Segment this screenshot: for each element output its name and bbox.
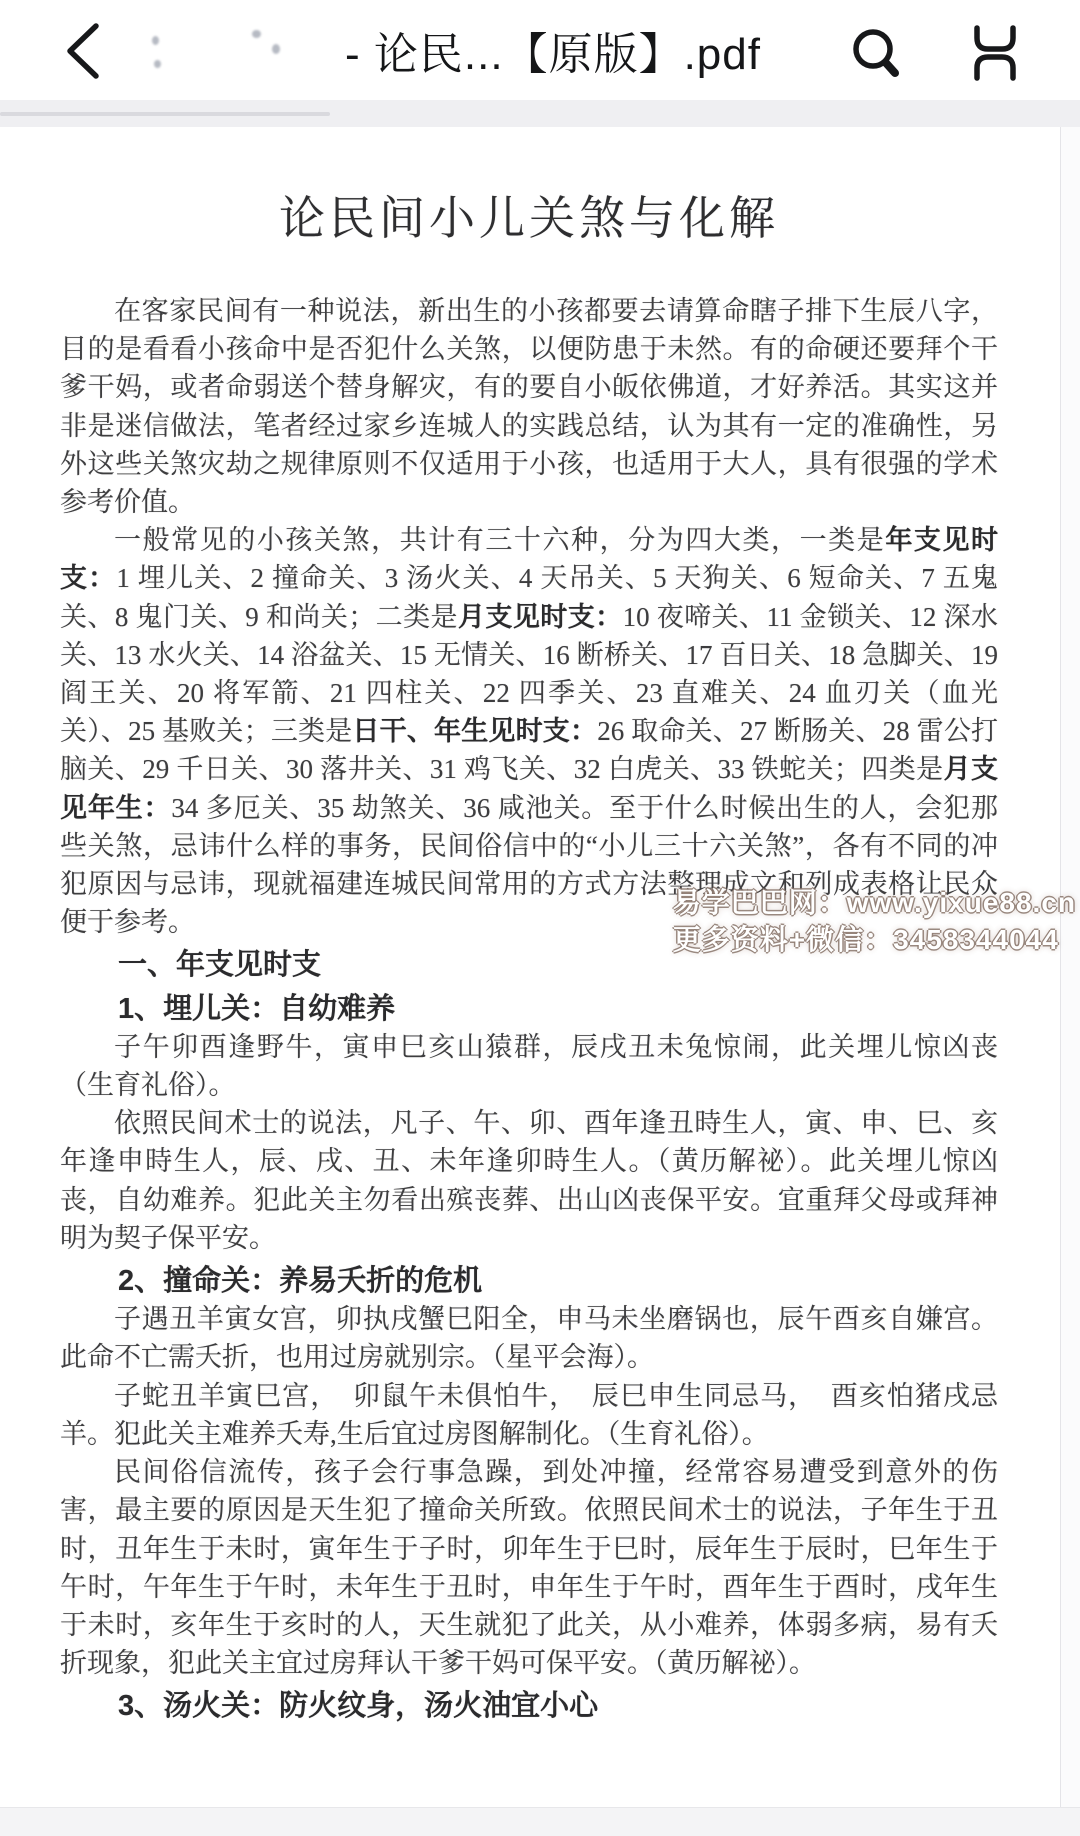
document-title: 论民间小儿关煞与化解: [60, 191, 998, 247]
navbar: - 论民...【原版】.pdf: [0, 0, 1080, 100]
tools-button[interactable]: [964, 24, 1026, 82]
doc-paragraph: 依照民间术士的说法，凡子、午、卯、酉年逢丑時生人，寅、申、巳、亥年逢申時生人，辰…: [60, 1104, 998, 1257]
section-heading: 1、埋儿关：自幼难养: [60, 990, 998, 1028]
text-run: 2、撞命关：养易夭折的危机: [118, 1265, 482, 1297]
text-run: 民间俗信流传，孩子会行事急躁，到处冲撞，经常容易遭受到意外的伤害，最主要的原因是…: [60, 1457, 998, 1678]
page-bottom-gap: [0, 1807, 1080, 1836]
progress-bar: [0, 112, 330, 116]
text-run: 一般常见的小孩关煞，共计有三十六种，分为四大类，一类是: [114, 525, 885, 555]
bold-run: 月支见时支：: [458, 602, 623, 632]
text-run: 子午卯酉逢野牛，寅申巳亥山猿群，辰戌丑未兔惊闹，此关埋儿惊凶丧（生育礼俗）。: [60, 1032, 998, 1100]
doc-paragraph: 在客家民间有一种说法，新出生的小孩都要去请算命瞎子排下生辰八字，目的是看看小孩命…: [60, 292, 998, 521]
watermark-line2: 更多资料+微信：3458344044: [673, 921, 1076, 958]
document-viewport[interactable]: 论民间小儿关煞与化解 在客家民间有一种说法，新出生的小孩都要去请算命瞎子排下生辰…: [0, 127, 1080, 1808]
doc-paragraph: 子遇丑羊寅女宫，卯执戌蟹巳阳全，申马未坐磨锅也，辰午酉亥自嫌宫。此命不亡需夭折，…: [60, 1300, 998, 1376]
text-run: 1、埋儿关：自幼难养: [118, 993, 395, 1025]
text-run: 子遇丑羊寅女宫，卯执戌蟹巳阳全，申马未坐磨锅也，辰午酉亥自嫌宫。此命不亡需夭折，…: [60, 1304, 998, 1372]
text-run: 依照民间术士的说法，凡子、午、卯、酉年逢丑時生人，寅、申、巳、亥年逢申時生人，辰…: [60, 1108, 998, 1253]
document-page: 论民间小儿关煞与化解 在客家民间有一种说法，新出生的小孩都要去请算命瞎子排下生辰…: [0, 127, 1061, 1808]
file-title-area: - 论民...【原版】.pdf: [0, 0, 1080, 100]
hourglass-icon: [964, 24, 1026, 82]
text-run: 子蛇丑羊寅巳宫， 卯鼠午未俱怕牛， 辰巳申生同忌马， 酉亥怕猪戌忌羊。犯此关主难…: [60, 1381, 998, 1449]
pdf-viewer-screen: - 论民...【原版】.pdf 论民间小儿关煞与化解 在客家民间有一种说法，新出…: [0, 0, 1080, 1836]
bold-run: 日干、年生见时支：: [352, 716, 597, 746]
section-heading: 3、汤火关：防火纹身，汤火油宜小心: [60, 1687, 998, 1725]
document-body: 在客家民间有一种说法，新出生的小孩都要去请算命瞎子排下生辰八字，目的是看看小孩命…: [60, 292, 998, 1726]
doc-paragraph: 一般常见的小孩关煞，共计有三十六种，分为四大类，一类是年支见时支：1 埋儿关、2…: [60, 521, 998, 941]
text-run: 3、汤火关：防火纹身，汤火油宜小心: [118, 1690, 598, 1722]
doc-paragraph: 子午卯酉逢野牛，寅申巳亥山猿群，辰戌丑未兔惊闹，此关埋儿惊凶丧（生育礼俗）。: [60, 1028, 998, 1104]
watermark-line1: 易学巴巴网：www.yixue88.cn: [673, 884, 1076, 921]
watermark: 易学巴巴网：www.yixue88.cn 更多资料+微信：3458344044: [673, 884, 1076, 958]
search-button[interactable]: [848, 24, 906, 82]
text-run: 一、年支见时支: [118, 949, 321, 981]
text-run: 在客家民间有一种说法，新出生的小孩都要去请算命瞎子排下生辰八字，目的是看看小孩命…: [60, 296, 998, 517]
doc-paragraph: 民间俗信流传，孩子会行事急躁，到处冲撞，经常容易遭受到意外的伤害，最主要的原因是…: [60, 1453, 998, 1682]
file-name: - 论民...【原版】.pdf: [319, 18, 761, 82]
toolbar-divider: [0, 100, 1080, 127]
section-heading: 2、撞命关：养易夭折的危机: [60, 1262, 998, 1300]
doc-paragraph: 子蛇丑羊寅巳宫， 卯鼠午未俱怕牛， 辰巳申生同忌马， 酉亥怕猪戌忌羊。犯此关主难…: [60, 1377, 998, 1453]
search-icon: [848, 24, 906, 82]
